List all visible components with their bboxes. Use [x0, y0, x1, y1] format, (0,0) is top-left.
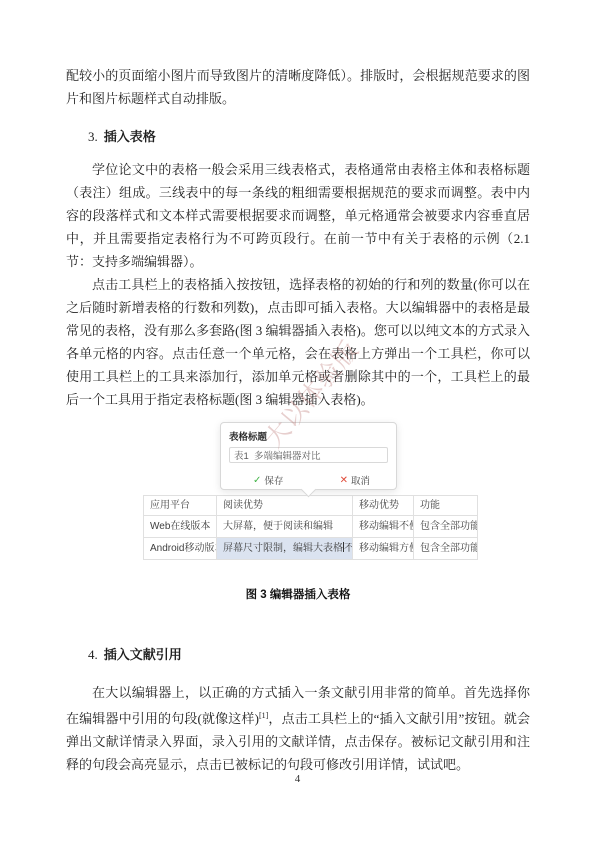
document-page: 配较小的页面缩小图片而导致图片的清晰度降低）。排版时，会根据规范要求的图片和图片…	[0, 0, 595, 842]
table-row: Web在线版本 大屏幕，便于阅读和编辑 移动编辑不便 包含全部功能	[144, 516, 478, 538]
popup-title-label: 表格标题	[229, 429, 388, 443]
cancel-button: ✕ 取消	[340, 473, 370, 487]
table-cell: Web在线版本	[144, 516, 217, 538]
cell-text-before-caret: 屏幕尺寸限制，编辑大表格	[223, 543, 343, 554]
save-button: ✓ 保存	[253, 473, 283, 487]
section-4-title: 插入文献引用	[104, 647, 182, 662]
table-header-reading: 阅读优势	[217, 496, 353, 516]
table-header-mobile: 移动优势	[353, 496, 414, 516]
cell-text-after-caret: 不便	[344, 543, 353, 554]
section-3-title: 插入表格	[104, 129, 156, 144]
citation-superscript: [1]	[259, 711, 268, 720]
intro-paragraph: 配较小的页面缩小图片而导致图片的清晰度降低）。排版时，会根据规范要求的图片和图片…	[66, 64, 530, 110]
section-4-paragraph: 在大以编辑器上，以正确的方式插入一条文献引用非常的简单。首先选择你在编辑器中引用…	[66, 681, 530, 776]
section-4-heading: 4.插入文献引用	[88, 646, 530, 663]
table-header-platform: 应用平台	[144, 496, 217, 516]
table-row: Android移动版本 屏幕尺寸限制，编辑大表格不便 移动编辑方便 包含全部功能	[144, 538, 478, 560]
save-button-label: 保存	[264, 473, 283, 487]
table-cell: 移动编辑方便	[353, 538, 414, 560]
table-caption-input	[229, 447, 388, 463]
close-icon: ✕	[340, 475, 348, 486]
section-3-paragraph-1: 学位论文中的表格一般会采用三线表格式，表格通常由表格主体和表格标题（表注）组成。…	[66, 158, 530, 273]
table-cell: 大屏幕，便于阅读和编辑	[217, 516, 353, 538]
table-header-row: 应用平台 阅读优势 移动优势 功能	[144, 496, 478, 516]
editor-screenshot-figure: 表格标题 ✓ 保存 ✕ 取消 应用平台 阅读优势 移动优势	[66, 415, 530, 560]
table-cell-editing: 屏幕尺寸限制，编辑大表格不便	[217, 538, 353, 560]
table-cell: 移动编辑不便	[353, 516, 414, 538]
section-3-heading: 3.插入表格	[88, 128, 530, 145]
table-cell: Android移动版本	[144, 538, 217, 560]
section-4-number: 4.	[88, 647, 98, 662]
comparison-table: 应用平台 阅读优势 移动优势 功能 Web在线版本 大屏幕，便于阅读和编辑 移动…	[143, 495, 478, 560]
table-caption-popup: 表格标题 ✓ 保存 ✕ 取消	[220, 422, 397, 490]
cancel-button-label: 取消	[351, 473, 370, 487]
page-number: 4	[0, 773, 595, 785]
table-header-function: 功能	[414, 496, 478, 516]
section-3-paragraph-2: 点击工具栏上的表格插入按按钮，选择表格的初始的行和列的数量(你可以在之后随时新增…	[66, 273, 530, 411]
check-icon: ✓	[253, 475, 261, 486]
table-cell: 包含全部功能	[414, 538, 478, 560]
figure-caption: 图 3 编辑器插入表格	[66, 586, 530, 602]
table-cell: 包含全部功能	[414, 516, 478, 538]
section-3-number: 3.	[88, 129, 98, 144]
